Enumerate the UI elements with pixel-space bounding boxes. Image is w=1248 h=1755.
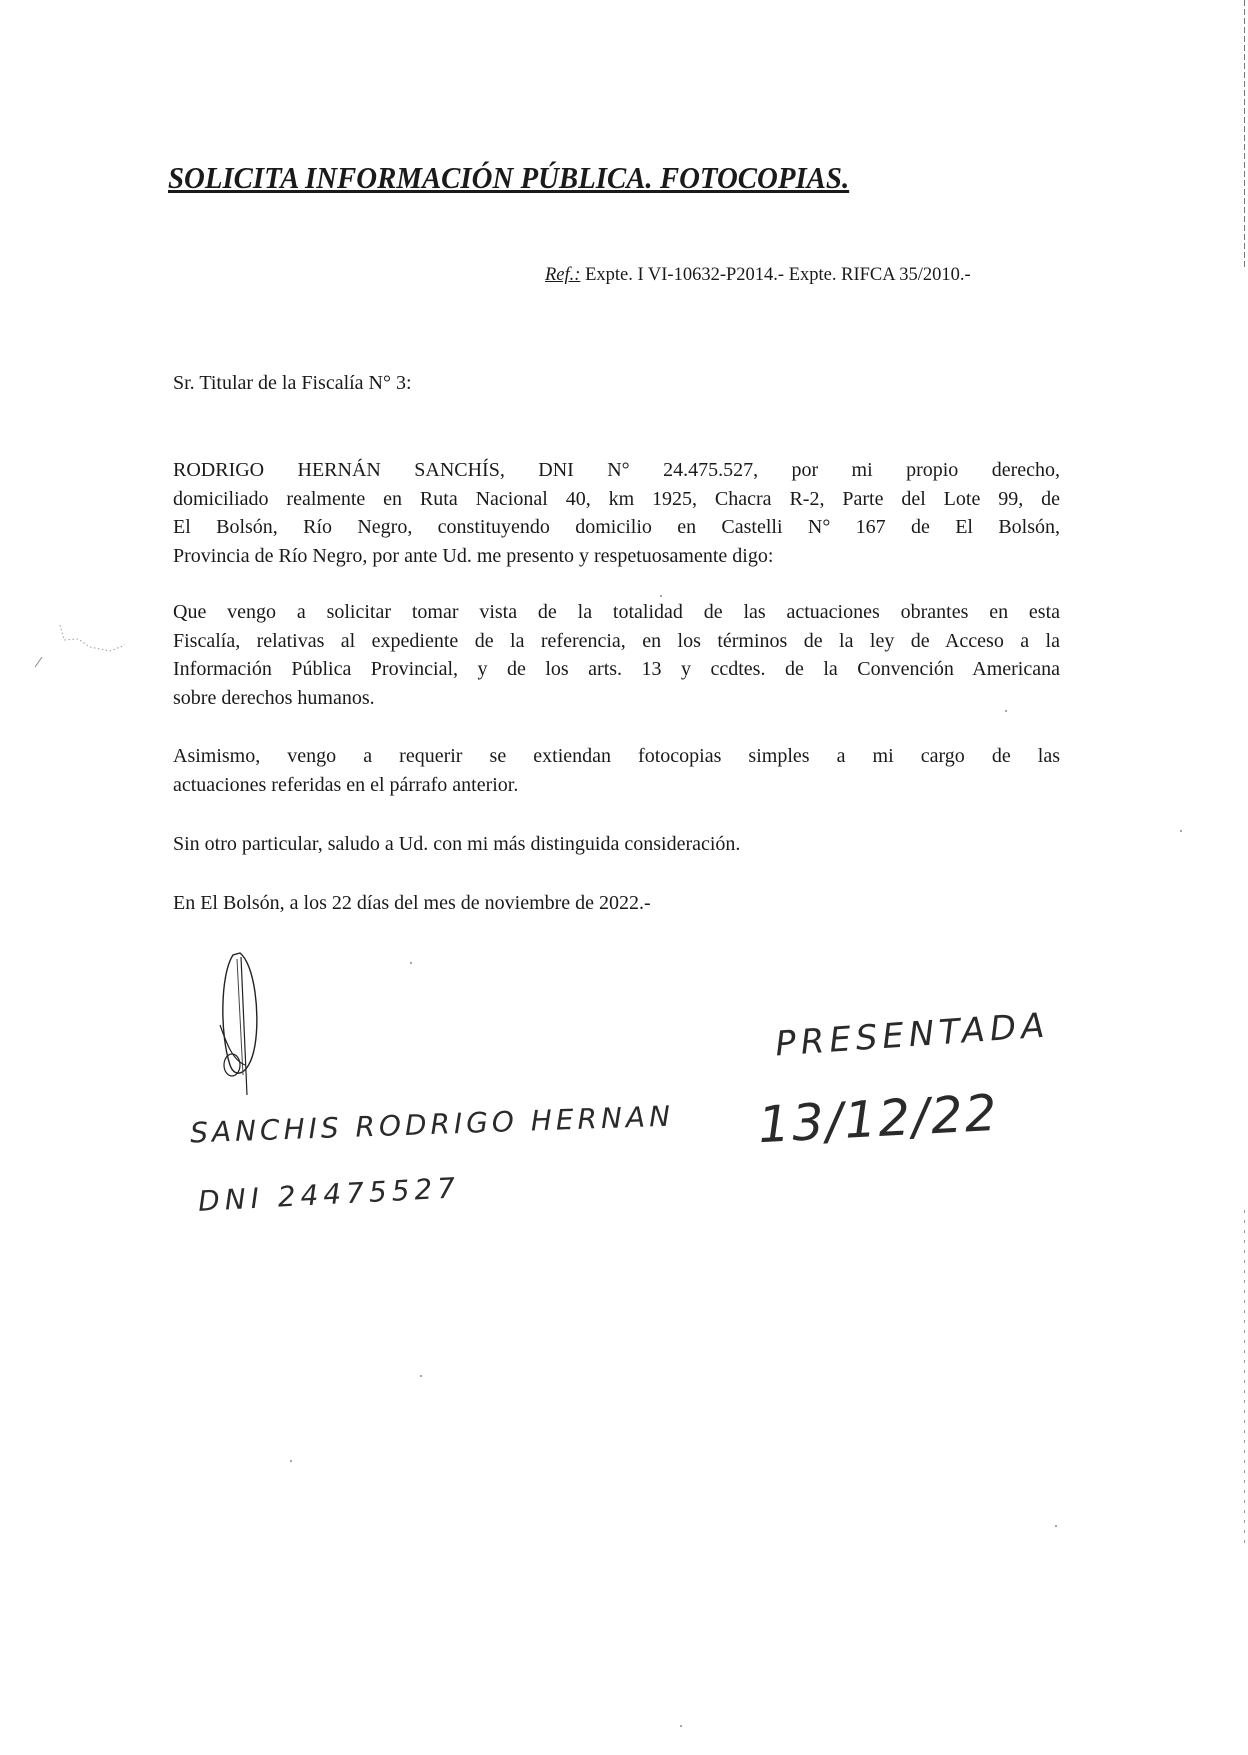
scan-speck (680, 1725, 682, 1727)
received-stamp-date: 13/12/22 (757, 1084, 1000, 1155)
paragraph-line: Asimismo, vengo a requerir se extiendan … (173, 742, 1060, 771)
paragraph-introduction: RODRIGO HERNÁN SANCHÍS, DNI N° 24.475.52… (173, 456, 1060, 570)
paragraph-line: Información Pública Provincial, y de los… (173, 655, 1060, 684)
paragraph-closing: Sin otro particular, saludo a Ud. con mi… (173, 830, 1060, 859)
scan-speck (290, 1460, 292, 1462)
paragraph-line: Que vengo a solicitar tomar vista de la … (173, 598, 1060, 627)
paragraph-line: El Bolsón, Río Negro, constituyendo domi… (173, 513, 1060, 542)
paragraph-line: Sin otro particular, saludo a Ud. con mi… (173, 830, 1060, 859)
scan-edge-line (1244, 1210, 1245, 1550)
scan-speck (1005, 710, 1007, 712)
paragraph-line: actuaciones referidas en el párrafo ante… (173, 771, 1060, 800)
scan-speck (410, 962, 412, 964)
scan-speck (660, 595, 662, 597)
margin-scan-mark (30, 615, 130, 675)
reference-text: Expte. I VI-10632-P2014.- Expte. RIFCA 3… (580, 265, 970, 285)
document-title: SOLICITA INFORMACIÓN PÚBLICA. FOTOCOPIAS… (168, 160, 949, 196)
scan-speck (1055, 1525, 1057, 1527)
paragraph-place-date: En El Bolsón, a los 22 días del mes de n… (173, 889, 1060, 918)
scan-edge-line (1244, 0, 1245, 270)
handwritten-signature (215, 945, 285, 1095)
paragraph-line: Fiscalía, relativas al expediente de la … (173, 627, 1060, 656)
paragraph-line: En El Bolsón, a los 22 días del mes de n… (173, 889, 1060, 918)
paragraph-line: RODRIGO HERNÁN SANCHÍS, DNI N° 24.475.52… (173, 456, 1060, 485)
reference-label: Ref.: (545, 265, 580, 285)
paragraph-line: domiciliado realmente en Ruta Nacional 4… (173, 485, 1060, 514)
handwritten-signer-name: SANCHIS RODRIGO HERNAN (190, 1100, 675, 1150)
handwritten-signer-dni: DNI 24475527 (197, 1171, 461, 1218)
received-stamp-text: PRESENTADA (774, 1005, 1051, 1064)
paragraph-line: Provincia de Río Negro, por ante Ud. me … (173, 542, 1060, 571)
paragraph-line: sobre derechos humanos. (173, 684, 1060, 713)
scan-speck (1180, 830, 1182, 832)
scan-speck (420, 1375, 422, 1377)
salutation: Sr. Titular de la Fiscalía N° 3: (173, 372, 412, 395)
reference-line: Ref.: Expte. I VI-10632-P2014.- Expte. R… (545, 265, 971, 286)
document-page: SOLICITA INFORMACIÓN PÚBLICA. FOTOCOPIAS… (0, 0, 1248, 1755)
paragraph-request-copies: Asimismo, vengo a requerir se extiendan … (173, 742, 1060, 799)
paragraph-request-view: Que vengo a solicitar tomar vista de la … (173, 598, 1060, 712)
